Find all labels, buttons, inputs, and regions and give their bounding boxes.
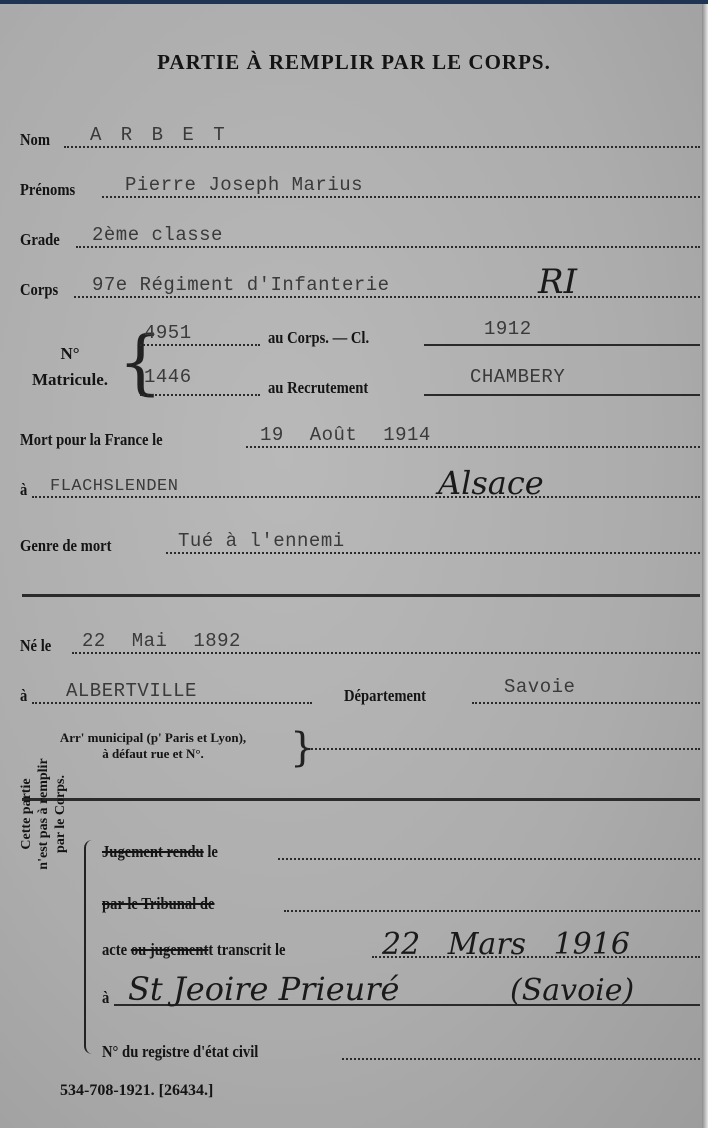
field-matricule-corps: 4951 au Corps. — Cl. 1912 [140,320,700,350]
registre-line [342,1058,700,1060]
mort-value: 19 Août 1914 [260,424,431,446]
field-genre-mort: Genre de mort Tué à l'ennemi [20,528,700,558]
departement-label: Département [344,686,426,706]
classe-value: 1912 [484,318,532,340]
recrutement-place: CHAMBERY [470,366,565,388]
corps-line [74,296,700,298]
side-note-line2: n'est pas à remplir [35,744,52,884]
recrutement-line [424,394,700,396]
corps-annotation: RI [538,262,577,302]
nom-value: A R B E T [90,124,229,146]
naissance-line [72,652,700,654]
matricule-corps-label: au Corps. — Cl. [268,328,369,348]
grade-value: 2ème classe [92,224,223,246]
acte-label-2: t transcrit le [208,940,285,959]
field-acte-place: à St Jeoire Prieuré (Savoie) [102,980,700,1010]
lieu-mort-annotation: Alsace [438,464,544,502]
nom-line [64,146,700,148]
matricule-corps-value: 4951 [144,322,192,344]
jugement-struck: Jugement rendu [102,842,204,861]
field-nom: Nom A R B E T [20,122,700,152]
matricule-corps-line [140,344,260,346]
lieu-naissance-line [32,702,312,704]
registre-label: N° du registre d'état civil [102,1042,258,1062]
matricule-recrutement-value: 1446 [144,366,192,388]
print-reference: 534-708-1921. [26434.] [60,1082,213,1100]
acte-place-value: St Jeoire Prieuré [128,970,399,1008]
field-acte: acte ou jugementt transcrit le 22 Mars 1… [102,932,700,962]
civil-section-side-note: Cette partie n'est pas à remplir par le … [18,744,78,884]
matricule-label-line1: N° [20,341,120,367]
side-note-line1: Cette partie [18,744,35,884]
civil-section-brace [84,840,92,1054]
acte-label-struck: ou jugement [131,940,209,959]
lieu-naissance-value: ALBERTVILLE [66,680,197,702]
prenoms-value: Pierre Joseph Marius [125,174,363,196]
naissance-value: 22 Mai 1892 [82,630,241,652]
field-prenoms: Prénoms Pierre Joseph Marius [20,172,700,202]
lieu-mort-label: à [20,480,27,500]
field-matricule-recrutement: 1446 au Recrutement CHAMBERY [140,370,700,400]
recrutement-label: au Recrutement [268,378,368,398]
acte-label-1: acte [102,940,131,959]
jugement-label: Jugement rendu le [102,842,218,862]
classe-line [424,344,700,346]
separator-1 [22,594,700,597]
departement-line [472,702,700,704]
field-jugement: Jugement rendu le [102,834,700,864]
card-title: PARTIE À REMPLIR PAR LE CORPS. [0,50,708,75]
lieu-naissance-label: à [20,686,27,706]
field-tribunal: par le Tribunal de [102,886,700,916]
nom-label: Nom [20,130,50,150]
field-grade: Grade 2ème classe [20,222,700,252]
genre-mort-value: Tué à l'ennemi [178,530,345,552]
naissance-label: Né le [20,636,51,656]
prenoms-line [102,196,700,198]
jugement-line [278,858,700,860]
grade-label: Grade [20,230,60,250]
prenoms-label: Prénoms [20,180,75,200]
lieu-mort-value: FLACHSLENDEN [50,477,178,496]
acte-label: acte ou jugementt transcrit le [102,940,286,960]
acte-place-dept: (Savoie) [510,973,634,1008]
separator-2 [22,798,700,801]
side-note-line3: par le Corps. [52,744,69,884]
corps-value: 97e Régiment d'Infanterie [92,274,390,296]
grade-line [76,246,700,248]
matricule-label-line2: Matricule. [20,367,120,393]
field-registre: N° du registre d'état civil [102,1034,700,1064]
acte-value: 22 Mars 1916 [382,927,630,962]
genre-mort-line [166,552,700,554]
genre-mort-label: Genre de mort [20,536,111,556]
field-naissance: Né le 22 Mai 1892 [20,628,700,658]
field-lieu-mort: à FLACHSLENDEN Alsace [20,472,700,502]
death-record-card: PARTIE À REMPLIR PAR LE CORPS. Nom A R B… [0,4,708,1128]
mort-label: Mort pour la France le [20,430,163,450]
arrondissement-line [304,748,700,750]
corps-label: Corps [20,280,58,300]
jugement-rest: le [204,842,218,861]
field-corps: Corps 97e Régiment d'Infanterie RI [20,272,700,302]
mort-line [246,446,700,448]
matricule-label: N° Matricule. [20,341,120,393]
field-mort: Mort pour la France le 19 Août 1914 [20,422,700,452]
tribunal-label: par le Tribunal de [102,894,215,914]
card-edge [702,4,708,1128]
matricule-recrutement-line [140,394,260,396]
field-lieu-naissance: à ALBERTVILLE Département Savoie [20,678,700,708]
lieu-mort-line [32,496,700,498]
departement-value: Savoie [504,676,575,698]
acte-place-label: à [102,988,109,1008]
tribunal-line [284,910,700,912]
